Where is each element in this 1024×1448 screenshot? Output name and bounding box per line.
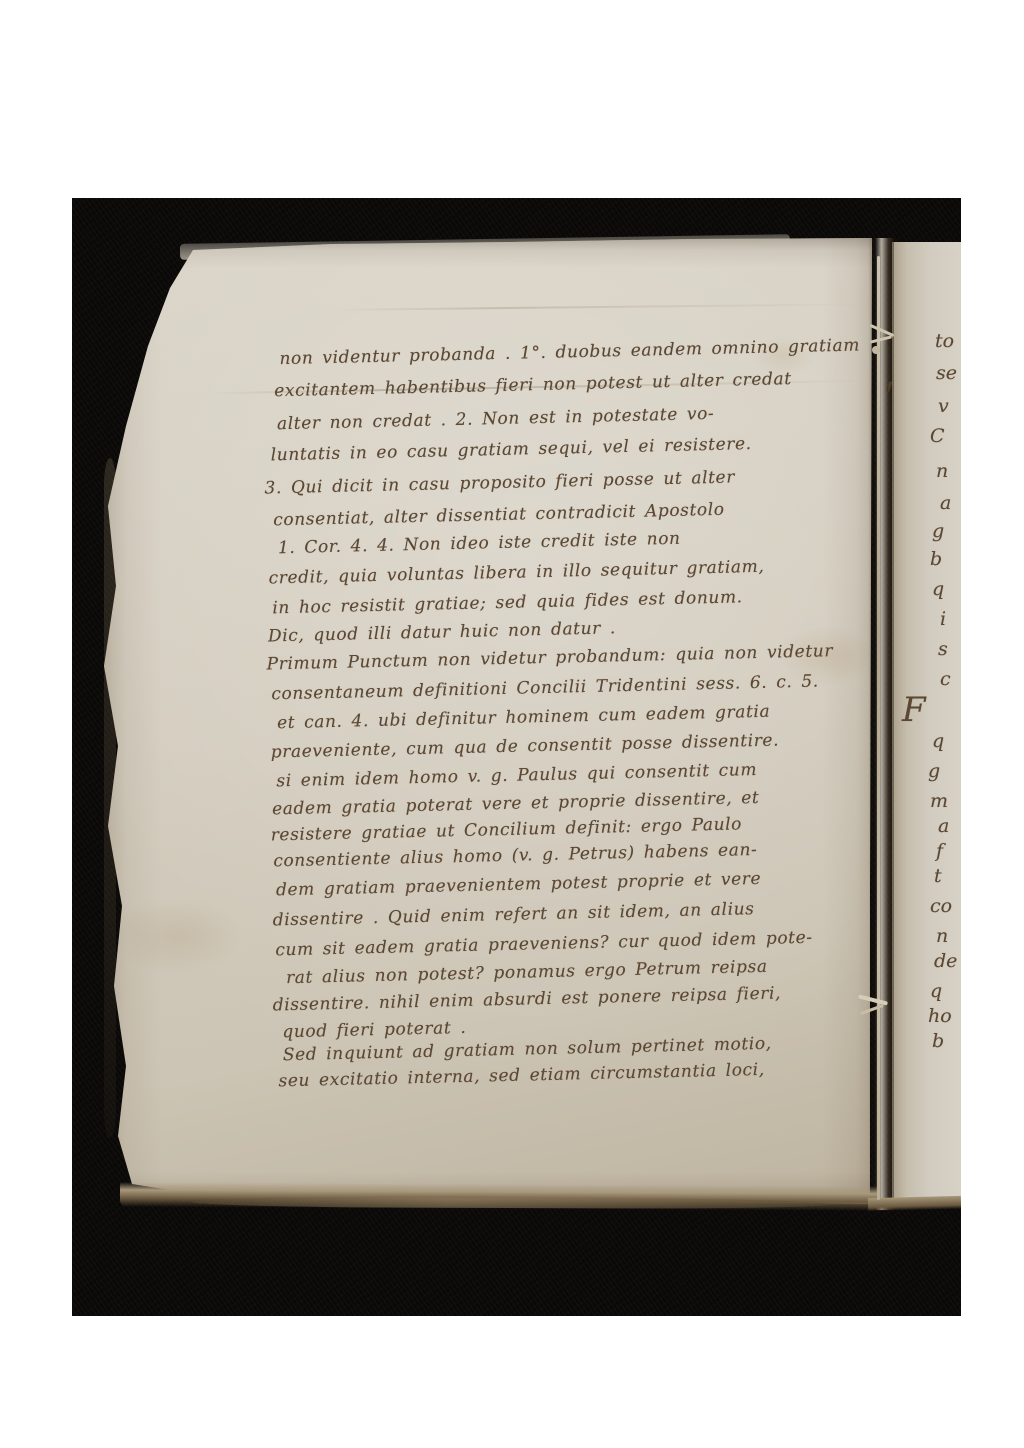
manuscript-line: dissentire . Quid enim refert an sit ide… (272, 899, 754, 930)
manuscript-photo: non videntur probanda . 1°. duobus eande… (72, 198, 961, 1316)
manuscript-line: resistere gratiae ut Concilium definit: … (270, 814, 742, 845)
text-fragment: i (940, 608, 946, 630)
text-fragment: q (932, 730, 944, 752)
manuscript-line: consentiente alius homo (v. g. Petrus) h… (273, 840, 757, 871)
text-fragment: ho (928, 1005, 952, 1027)
manuscript-line: credit, quia voluntas libera in illo seq… (268, 557, 764, 589)
text-fragment: q (930, 980, 942, 1002)
text-fragment: de (934, 950, 957, 972)
page-stack-bottom-edge (868, 1196, 961, 1211)
text-fragment: se (936, 362, 957, 384)
manuscript-line: Dic, quod illi datur huic non datur . (268, 618, 616, 646)
manuscript-line: Primum Punctum non videtur probandum: qu… (266, 641, 833, 674)
text-fragment: g (928, 760, 940, 782)
text-fragment: n (936, 460, 948, 482)
text-fragment: n (936, 925, 948, 947)
text-fragment: b (932, 1030, 944, 1052)
manuscript-text-block: non videntur probanda . 1°. duobus eande… (242, 281, 903, 1196)
manuscript-page-left: non videntur probanda . 1°. duobus eande… (92, 236, 882, 1216)
text-fragment: a (938, 815, 949, 837)
manuscript-line: excitantem habentibus fieri non potest u… (274, 369, 792, 401)
manuscript-line: in hoc resistit gratiae; sed quia fides … (272, 587, 743, 618)
text-fragment: q (932, 578, 944, 600)
text-fragment: c (940, 668, 951, 690)
text-fragment: m (930, 790, 948, 812)
binding-thread-tassel (872, 346, 880, 354)
text-fragment: F (902, 690, 926, 730)
manuscript-line: consentaneum definitioni Concilii Triden… (271, 672, 819, 705)
text-fragment: co (930, 895, 952, 917)
manuscript-line: 1. Cor. 4. 4. Non ideo iste credit iste … (278, 529, 681, 558)
manuscript-line: alter non credat . 2. Non est in potesta… (277, 404, 715, 434)
manuscript-line: praeveniente, cum qua de consentit posse… (271, 730, 780, 762)
text-fragment: s (938, 638, 948, 660)
manuscript-line: non videntur probanda . 1°. duobus eande… (279, 335, 860, 369)
manuscript-line: dem gratiam praevenientem potest proprie… (276, 869, 762, 900)
manuscript-line: seu excitatio interna, sed etiam circums… (278, 1060, 765, 1091)
manuscript-line: 3. Qui dicit in casu proposito fieri pos… (264, 467, 735, 498)
text-fragment: a (940, 492, 951, 514)
manuscript-line: dissentire. nihil enim absurdi est poner… (272, 983, 781, 1015)
text-fragment: f (936, 840, 943, 862)
manuscript-line: cum sit eadem gratia praeveniens? cur qu… (275, 928, 813, 961)
binding-thread (877, 256, 880, 1200)
manuscript-line: luntatis in eo casu gratiam sequi, vel e… (271, 434, 752, 465)
manuscript-page-right: to se v C n a g b q i s c F q g m a f t … (892, 242, 961, 1204)
text-fragment: g (932, 520, 944, 542)
text-fragment: t (934, 865, 942, 887)
text-fragment: C (930, 425, 945, 447)
text-fragment: v (938, 395, 949, 417)
manuscript-line: quod fieri poterat . (282, 1018, 466, 1042)
manuscript-line: consentiat, alter dissentiat contradicit… (273, 500, 725, 531)
manuscript-line: et can. 4. ubi definitur hominem cum ead… (277, 702, 771, 734)
text-fragment: b (930, 548, 942, 570)
text-fragment: to (935, 330, 954, 352)
manuscript-line: rat alius non potest? ponamus ergo Petru… (286, 957, 768, 988)
manuscript-line: si enim idem homo v. g. Paulus qui conse… (276, 760, 757, 791)
